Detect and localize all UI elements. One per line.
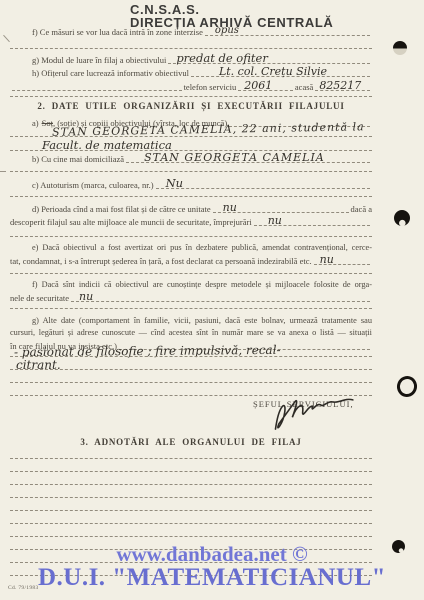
blank-dashed-line xyxy=(10,510,372,511)
field-h-officer: h) Ofițerul care lucrează informativ obi… xyxy=(10,67,372,78)
phone-service-handwritten: 2061 xyxy=(244,80,272,91)
blank-dashed-line xyxy=(10,236,372,237)
field-e-line: nu xyxy=(314,255,370,265)
phone-home-handwritten: 825217 xyxy=(319,80,361,91)
field-e-handwritten-value: nu xyxy=(320,254,334,265)
field-c-car: c) Autoturism (marca, culoarea, nr.) Nu xyxy=(10,179,372,190)
blank-dashed-line xyxy=(10,48,372,49)
field-g-line: predat de ofiter xyxy=(168,54,370,64)
field-f2-label-line1: f) Dacă sînt indicii că obiectivul are c… xyxy=(10,280,372,290)
blank-dashed-line xyxy=(10,382,372,383)
field-d-continuation: descoperit filajul sau alte mijloace ale… xyxy=(10,216,372,227)
blank-dashed-line xyxy=(10,536,372,537)
field-phone: telefon serviciu 2061 acasă 825217 xyxy=(10,81,372,92)
field-f2-line: nu xyxy=(71,292,370,302)
print-code: Cd. 79/1983 xyxy=(8,585,39,591)
field-c-label: c) Autoturism (marca, culoarea, nr.) xyxy=(10,180,154,190)
phone-leading-line xyxy=(12,81,182,91)
field-d-label-line2: descoperit filajul sau alte mijloace ale… xyxy=(10,217,252,227)
blank-dashed-line xyxy=(10,308,372,309)
blank-dashed-line xyxy=(10,356,372,357)
field-d-surveillance-history: d) Perioada cînd a mai fost filat și de … xyxy=(10,203,372,214)
blank-dashed-line xyxy=(10,96,372,97)
field-d-label-tail: dacă a xyxy=(351,204,372,214)
punch-hole-icon xyxy=(394,210,410,226)
blank-dashed-line xyxy=(10,369,372,370)
field-b-handwritten-value: STAN GEORGETA CAMELIA xyxy=(144,152,325,163)
phone-home-line: 825217 xyxy=(315,81,370,91)
phone-home-label: acasă xyxy=(295,82,313,92)
field-b-line: STAN GEORGETA CAMELIA xyxy=(126,153,370,163)
field-d-handwritten-value2: nu xyxy=(268,215,282,226)
field-f2-continuation: nele de securitate nu xyxy=(10,292,372,303)
field-g-handwritten-value: predat de ofiter xyxy=(176,53,268,64)
field-e-label-line2: tat, condamnat, i s-a întrerupt șederea … xyxy=(10,256,312,266)
field-f2-label-line2: nele de securitate xyxy=(10,293,69,303)
field-d-handwritten-value1: nu xyxy=(223,202,237,213)
section3-title: 3. ADNOTĂRI ALE ORGANULUI DE FILAJ xyxy=(10,437,372,447)
section2-title: 2. DATE UTILE ORGANIZĂRII ȘI EXECUTĂRII … xyxy=(10,101,372,111)
blank-dashed-line xyxy=(10,171,372,172)
field-b-label: b) Cu cine mai domiciliază xyxy=(10,154,124,164)
blank-dashed-line xyxy=(10,458,372,459)
field-c-handwritten-value: Nu xyxy=(166,178,183,189)
field-e-label-line1: e) Dacă obiectivul a fost avertizat ori … xyxy=(10,243,372,253)
punch-hole-icon xyxy=(392,540,405,553)
blank-dashed-line xyxy=(10,497,372,498)
field-f-restricted-zones: f) Ce măsuri se vor lua dacă intră în zo… xyxy=(10,26,372,37)
scan-mark xyxy=(0,171,6,172)
blank-dashed-line xyxy=(10,471,372,472)
field-c-line: Nu xyxy=(156,179,370,189)
field-d-label-line1: d) Perioada cînd a mai fost filat și de … xyxy=(10,204,211,214)
field-a-prefix: a) xyxy=(10,118,39,128)
scanned-document-page: C.N.S.A.S. DIRECȚIA ARHIVĂ CENTRALĂ f) C… xyxy=(0,0,424,600)
field-g-takeover-mode: g) Modul de luare în filaj a obiectivulu… xyxy=(10,54,372,65)
field-g2-label-line2: cursuri, legături și adrese cunoscute — … xyxy=(10,328,372,338)
field-f-label: f) Ce măsuri se vor lua dacă intră în zo… xyxy=(10,27,203,37)
blank-dashed-line xyxy=(10,196,372,197)
field-g-label: g) Modul de luare în filaj a obiectivulu… xyxy=(10,55,166,65)
blank-dashed-line xyxy=(10,523,372,524)
phone-service-line: 2061 xyxy=(238,81,293,91)
phone-service-label: telefon serviciu xyxy=(184,82,237,92)
blank-dashed-line xyxy=(10,273,372,274)
watermark-dossier-title: D.U.I. "MATEMATICIANUL" xyxy=(0,564,424,592)
field-h-line: Lt. col. Crețu Silvie xyxy=(191,67,370,77)
field-d-line2: nu xyxy=(254,216,370,226)
field-f-handwritten-value: opus xyxy=(215,25,239,36)
field-h-label: h) Ofițerul care lucrează informativ obi… xyxy=(10,68,189,78)
handwritten-signature xyxy=(266,388,362,437)
field-g2-label-line1: g) Alte date (comportament în familie, v… xyxy=(10,316,372,326)
field-b-cohabitants: b) Cu cine mai domiciliază STAN GEORGETA… xyxy=(10,153,372,164)
scan-mark xyxy=(3,35,10,42)
field-e-continuation: tat, condamnat, i s-a întrerupt șederea … xyxy=(10,255,372,266)
blank-dashed-line xyxy=(10,484,372,485)
field-h-handwritten-value: Lt. col. Crețu Silvie xyxy=(219,66,327,77)
blank-dashed-line xyxy=(10,136,372,137)
punch-hole-icon xyxy=(393,41,407,55)
field-d-line1: nu xyxy=(213,203,349,213)
field-f-line: opus xyxy=(205,26,370,36)
field-f2-handwritten-value: nu xyxy=(79,291,93,302)
signature-stroke xyxy=(266,388,362,437)
punch-hole-icon xyxy=(395,374,419,399)
